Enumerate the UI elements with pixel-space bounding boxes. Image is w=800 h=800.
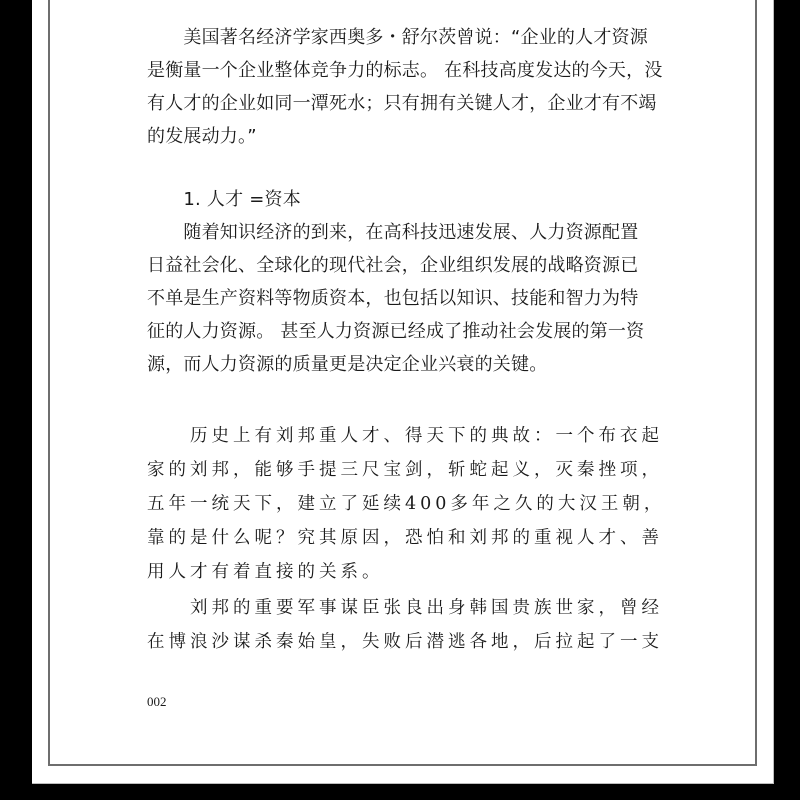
text-line: 征的人力资源。 甚至人力资源已经成了推动社会发展的第一资 bbox=[147, 321, 627, 343]
text-line: 五年一统天下，建立了延续400多年之久的大汉王朝， bbox=[147, 493, 627, 515]
page-number: 002 bbox=[147, 694, 167, 710]
text-line: 用人才有着直接的关系。 bbox=[147, 561, 627, 583]
text-line: 刘邦的重要军事谋臣张良出身韩国贵族世家，曾经 bbox=[147, 597, 627, 619]
text-line: 的发展动力。” bbox=[147, 126, 627, 148]
text-line: 是衡量一个企业整体竞争力的标志。 在科技高度发达的今天，没 bbox=[147, 60, 627, 82]
text-line: 随着知识经济的到来，在高科技迅速发展、人力资源配置 bbox=[147, 222, 627, 244]
text-line: 不单是生产资料等物质资本，也包括以知识、技能和智力为特 bbox=[147, 288, 627, 310]
text-line: 有人才的企业如同一潭死水；只有拥有关键人才，企业才有不竭 bbox=[147, 93, 627, 115]
text-line: 源，而人力资源的质量更是决定企业兴衰的关键。 bbox=[147, 354, 627, 376]
text-line: 在博浪沙谋杀秦始皇，失败后潜逃各地，后拉起了一支 bbox=[147, 631, 627, 653]
text-line: 靠的是什么呢？究其原因，恐怕和刘邦的重视人才、善 bbox=[147, 527, 627, 549]
text-line: 家的刘邦，能够手提三尺宝剑，斩蛇起义，灭秦挫项， bbox=[147, 459, 627, 481]
text-line: 日益社会化、全球化的现代社会，企业组织发展的战略资源已 bbox=[147, 255, 627, 277]
text-line: 美国著名经济学家西奥多・舒尔茨曾说：“企业的人才资源 bbox=[147, 27, 627, 49]
section-heading: 1. 人才 =资本 bbox=[147, 189, 627, 211]
text-line: 历史上有刘邦重人才、得天下的典故：一个布衣起 bbox=[147, 425, 627, 447]
document-page: 美国著名经济学家西奥多・舒尔茨曾说：“企业的人才资源 是衡量一个企业整体竞争力的… bbox=[32, 0, 774, 784]
